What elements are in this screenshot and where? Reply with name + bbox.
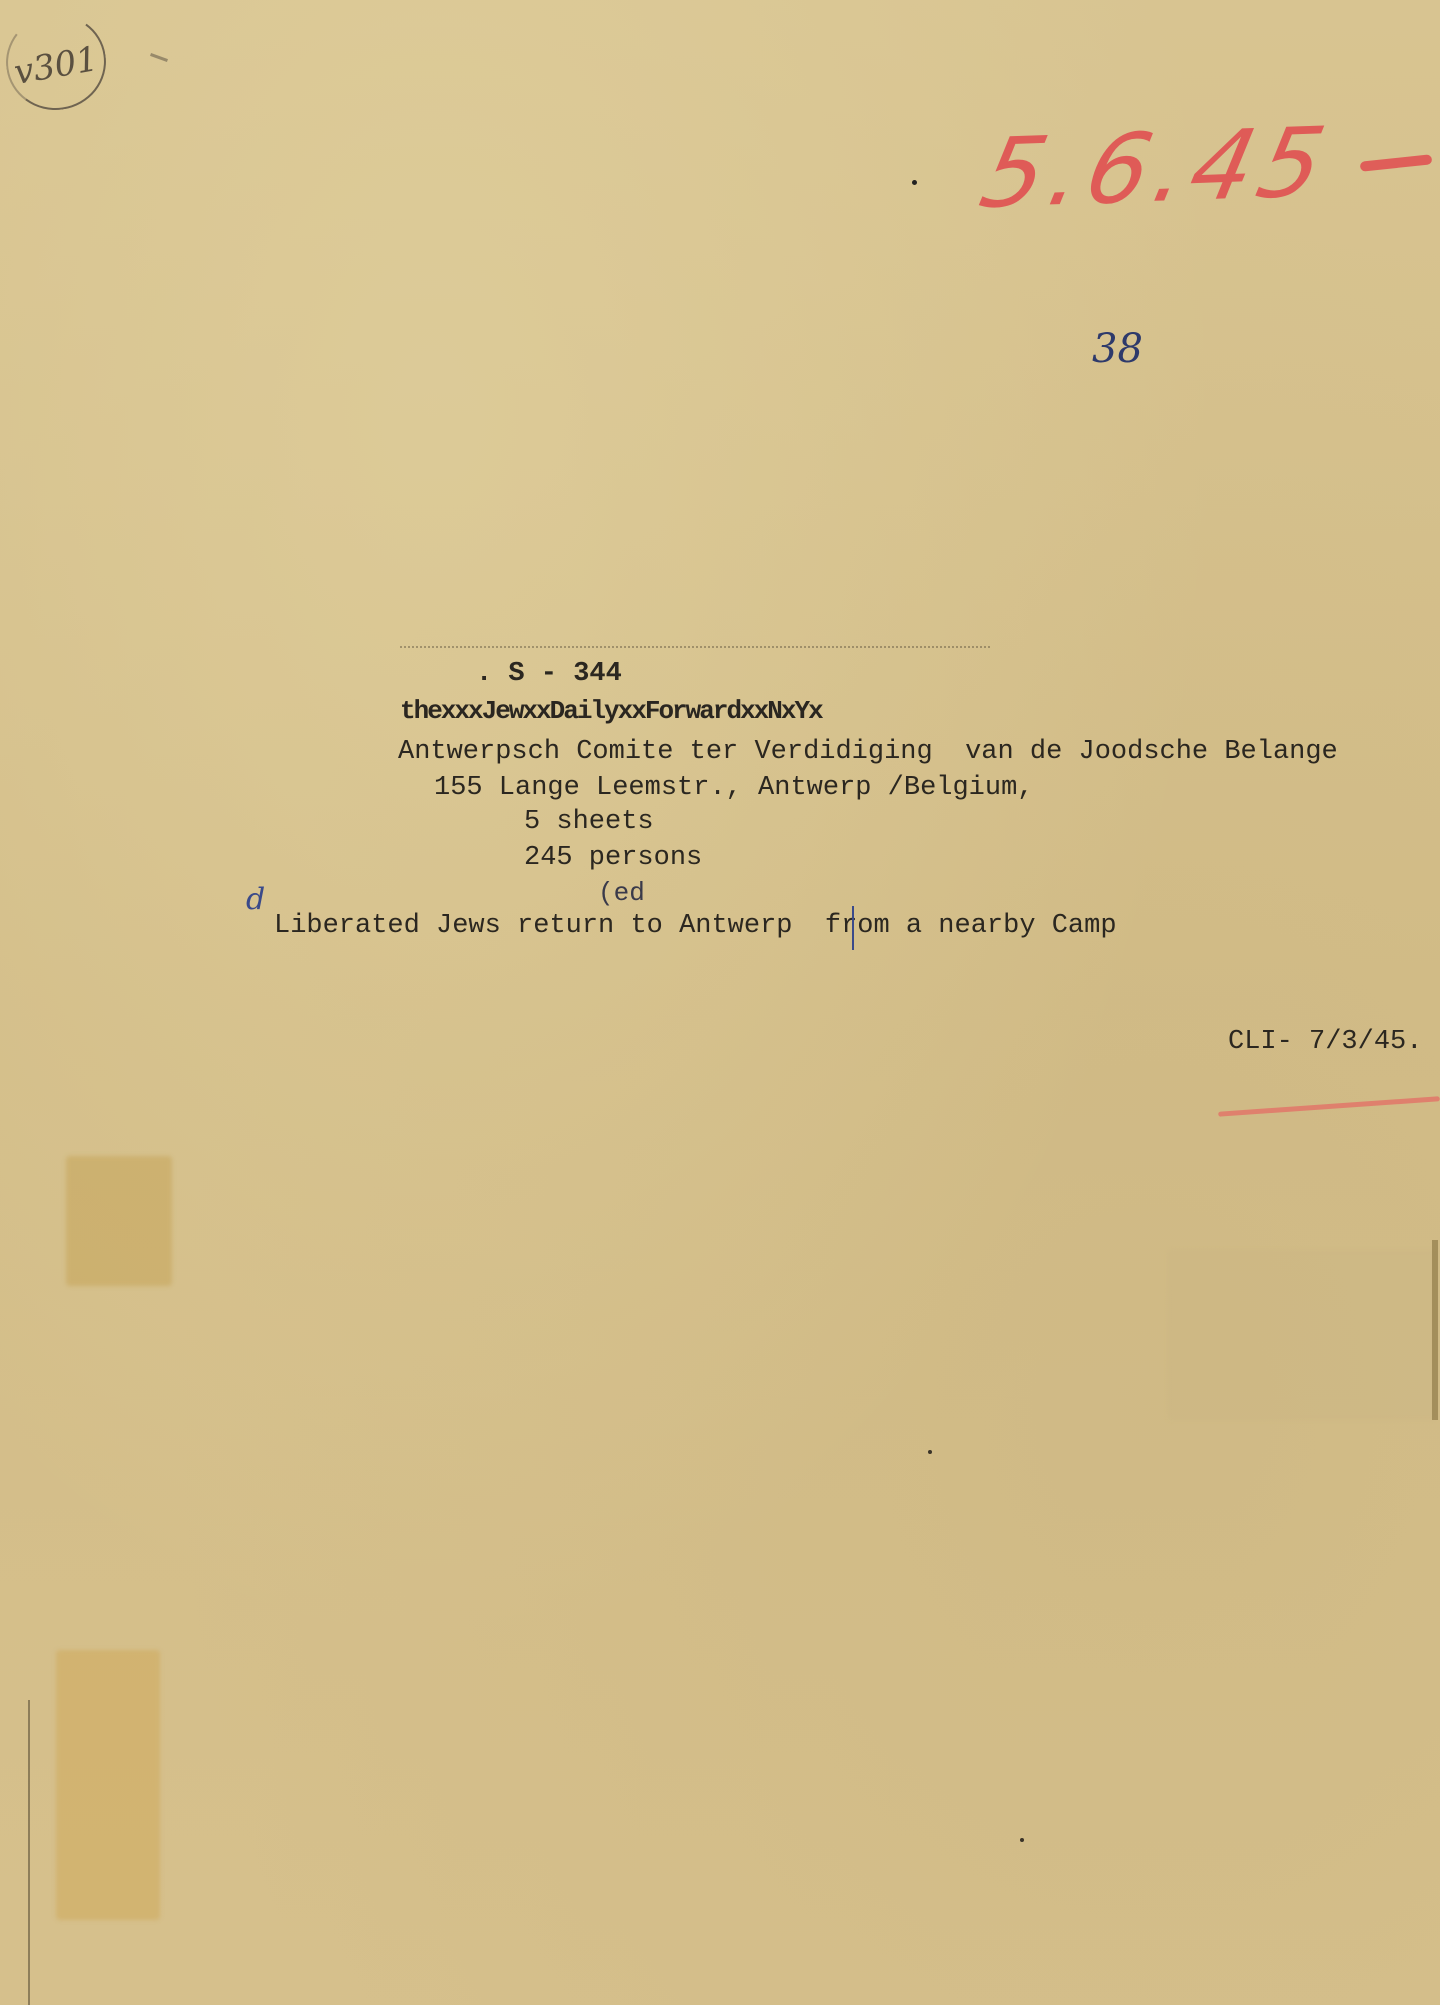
pencil-tick-mark: [150, 53, 168, 62]
ink-dot: [912, 180, 917, 185]
person-count: 245 persons: [524, 840, 702, 876]
dotted-rule: [400, 646, 990, 648]
paper-edge-shadow: [1432, 1240, 1438, 1420]
red-pencil-underline: [1218, 1096, 1440, 1116]
red-pencil-dash: [1360, 154, 1433, 171]
tape-stain: [56, 1650, 160, 1920]
sheet-count: 5 sheets: [524, 804, 654, 840]
ink-dot: [1020, 1838, 1024, 1842]
insertion-caret: [852, 906, 854, 950]
struck-through-line: thexxxJewxxDailyxxForwardxxNxYx: [400, 693, 822, 729]
tape-stain: [66, 1156, 172, 1286]
red-pencil-date: 5.6.45: [973, 114, 1338, 222]
reference-number: . S - 344: [476, 656, 622, 692]
ink-dot: [928, 1450, 932, 1454]
cli-reference: CLI- 7/3/45.: [1228, 1024, 1422, 1060]
paper-edge-line: [28, 1700, 30, 2005]
page-number: 38: [1092, 326, 1143, 372]
organization-name: Antwerpsch Comite ter Verdidiging van de…: [398, 734, 1338, 770]
document-caption: Liberated Jews return to Antwerp from a …: [274, 908, 1117, 944]
organization-address: 155 Lange Leemstr., Antwerp /Belgium,: [434, 770, 1034, 806]
paper-discoloration: [1168, 1250, 1436, 1420]
handwritten-insertion: (ed: [598, 875, 645, 911]
margin-correction-mark: d: [246, 882, 265, 917]
